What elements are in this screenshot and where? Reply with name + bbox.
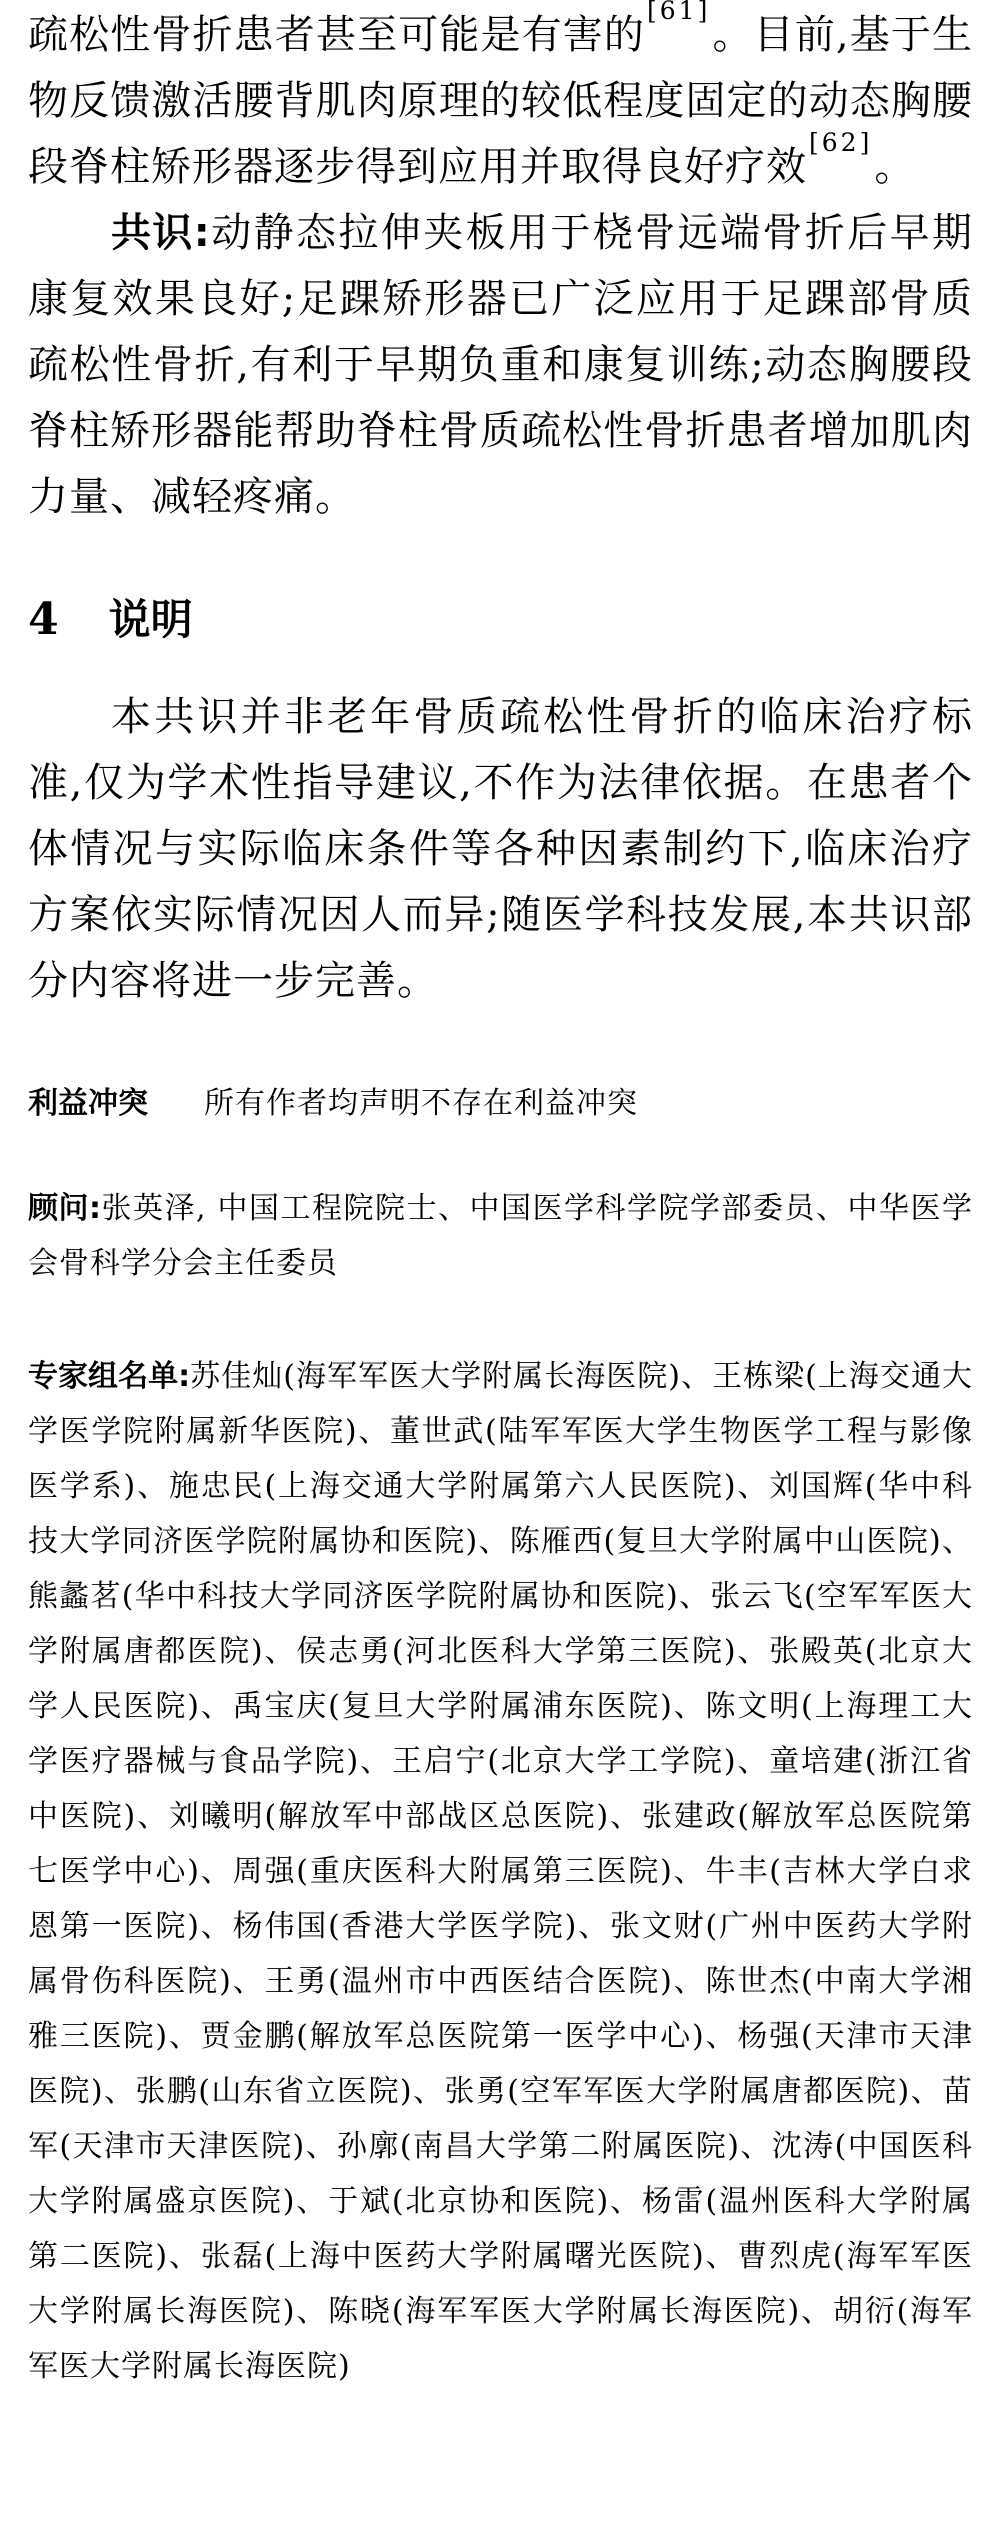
paragraph-disclaimer: 本共识并非老年骨质疏松性骨折的临床治疗标准,仅为学术性指导建议,不作为法律依据。… bbox=[28, 684, 973, 1014]
consensus-text: 动静态拉伸夹板用于桡骨远端骨折后早期康复效果良好;足踝矫形器已广泛应用于足踝部骨… bbox=[28, 210, 973, 520]
paragraph-dynamic-orthosis: 疏松性骨折患者甚至可能是有害的[61]。目前,基于生物反馈激活腰背肌肉原理的较低… bbox=[28, 2, 973, 200]
section-number: 4 bbox=[28, 594, 59, 645]
expert-panel-paragraph: 专家组名单:苏佳灿(海军军医大学附属长海医院)、王栋梁(上海交通大学医学院附属新… bbox=[28, 1349, 973, 2394]
orthosis-text-start: 疏松性骨折患者甚至可能是有害的 bbox=[28, 12, 645, 58]
paragraph-consensus: 共识:动静态拉伸夹板用于桡骨远端骨折后早期康复效果良好;足踝矫形器已广泛应用于足… bbox=[28, 200, 973, 530]
advisor-text: 张英泽, 中国工程院院士、中国医学科学院学部委员、中华医学会骨科学分会主任委员 bbox=[28, 1191, 973, 1281]
orthosis-text-end: 。 bbox=[874, 144, 915, 190]
conflict-of-interest-statement: 所有作者均声明不存在利益冲突 bbox=[204, 1086, 638, 1121]
section-title: 说明 bbox=[109, 595, 193, 644]
disclaimer-text: 本共识并非老年骨质疏松性骨折的临床治疗标准,仅为学术性指导建议,不作为法律依据。… bbox=[28, 694, 973, 1004]
document-page: 疏松性骨折患者甚至可能是有害的[61]。目前,基于生物反馈激活腰背肌肉原理的较低… bbox=[0, 0, 999, 2414]
section-heading: 4说明 bbox=[28, 590, 973, 659]
advisor-paragraph: 顾问:张英泽, 中国工程院院士、中国医学科学院学部委员、中华医学会骨科学分会主任… bbox=[28, 1181, 973, 1291]
expert-panel-label: 专家组名单: bbox=[28, 1359, 190, 1394]
conflict-of-interest-line: 利益冲突所有作者均声明不存在利益冲突 bbox=[28, 1076, 973, 1131]
advisor-label: 顾问: bbox=[28, 1191, 101, 1226]
citation-ref-61: [61] bbox=[645, 0, 712, 25]
citation-ref-62: [62] bbox=[807, 128, 874, 157]
consensus-label: 共识: bbox=[111, 210, 210, 256]
expert-panel-list: 苏佳灿(海军军医大学附属长海医院)、王栋梁(上海交通大学医学院附属新华医院)、董… bbox=[28, 1359, 973, 2384]
conflict-of-interest-label: 利益冲突 bbox=[28, 1086, 148, 1121]
